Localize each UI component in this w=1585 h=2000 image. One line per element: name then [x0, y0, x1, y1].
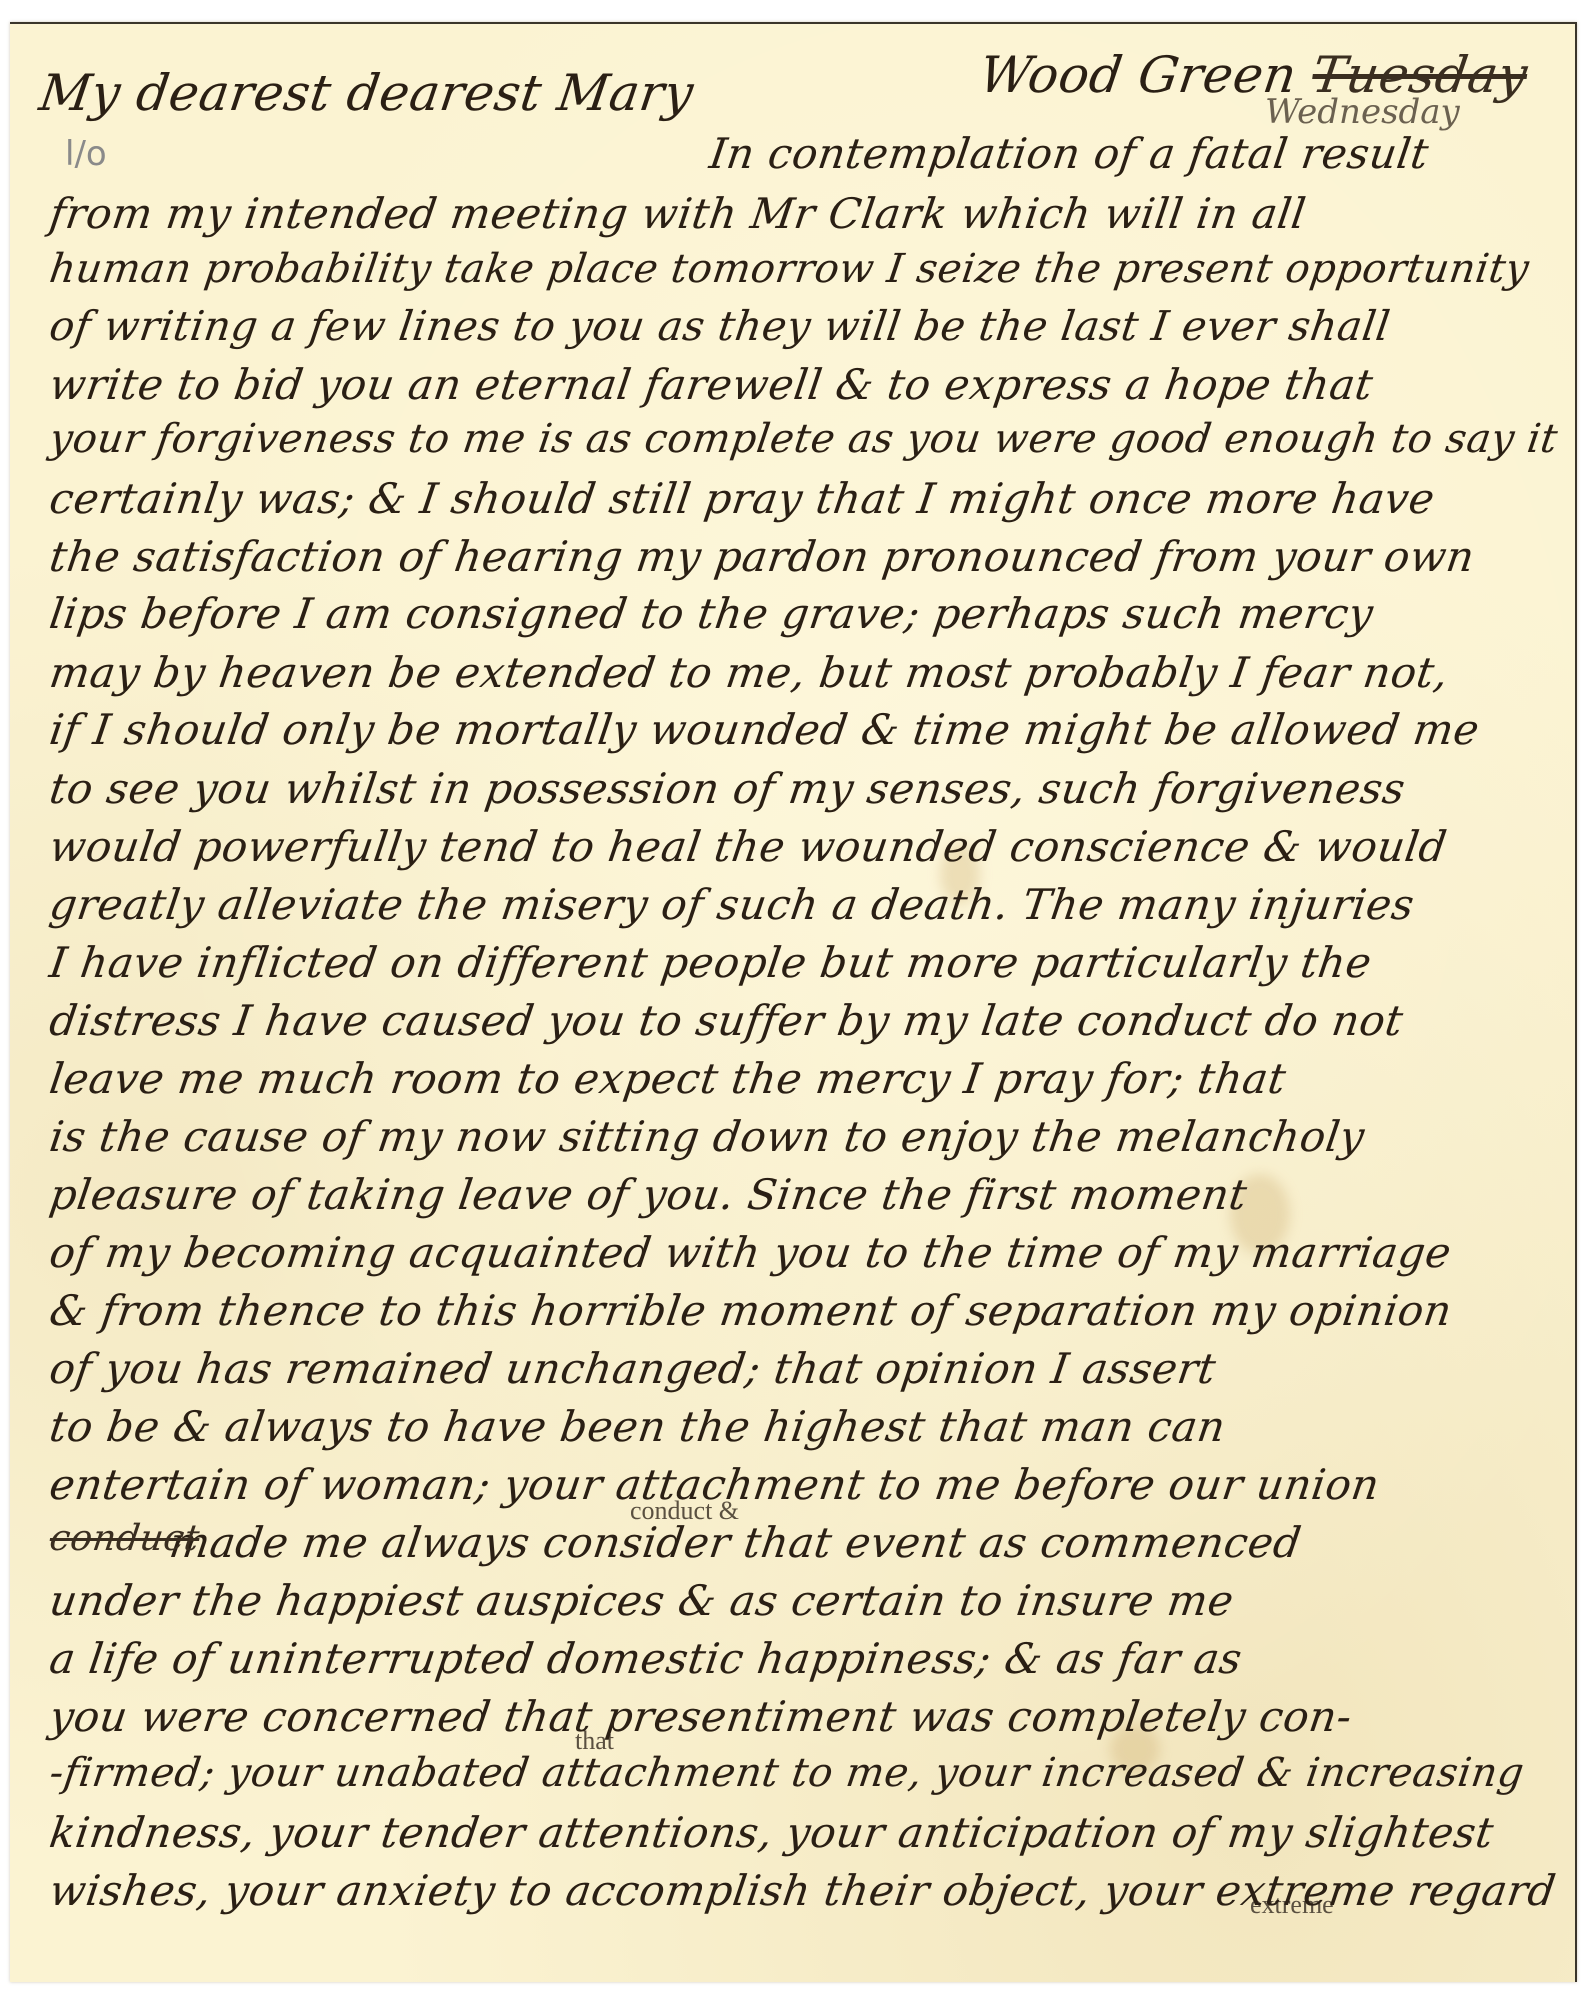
letter-line: the satisfaction of hearing my pardon pr…: [47, 532, 1478, 581]
letter-line: In contemplation of a fatal result: [707, 129, 1432, 178]
letter-line: write to bid you an eternal farewell & t…: [47, 360, 1377, 409]
letter-line: of writing a few lines to you as they wi…: [47, 302, 1394, 350]
letter-page: My dearest dearest Mary Wood Green Tuesd…: [10, 22, 1577, 1982]
letter-line: would powerfully tend to heal the wounde…: [47, 822, 1450, 871]
letter-line: you were concerned that presentiment was…: [47, 1692, 1356, 1741]
letter-line: of my becoming acquainted with you to th…: [47, 1228, 1455, 1277]
struck-word: conduct: [47, 1518, 202, 1559]
letter-line: a life of uninterrupted domestic happine…: [47, 1634, 1246, 1683]
letter-line: distress I have caused you to suffer by …: [47, 996, 1407, 1045]
pencil-annotation: l/o: [65, 134, 107, 174]
letter-line: under the happiest auspices & as certain…: [47, 1576, 1237, 1625]
letter-line: lips before I am consigned to the grave;…: [47, 589, 1377, 638]
letter-line: leave me much room to expect the mercy I…: [47, 1054, 1290, 1103]
letter-line: human probability take place tomorrow I …: [47, 246, 1532, 292]
letter-line: to be & always to have been the highest …: [47, 1402, 1229, 1451]
letter-line: is the cause of my now sitting down to e…: [47, 1112, 1368, 1161]
letter-line: greatly alleviate the misery of such a d…: [47, 880, 1418, 929]
letter-line: kindness, your tender attentions, your a…: [47, 1808, 1497, 1857]
salutation: My dearest dearest Mary: [36, 64, 697, 122]
letter-line: your forgiveness to me is as complete as…: [47, 416, 1561, 462]
letter-line: -firmed; your unabated attachment to me,…: [47, 1750, 1527, 1796]
letter-line: & from thence to this horrible moment of…: [47, 1286, 1456, 1335]
letter-line: I have inflicted on different people but…: [47, 938, 1375, 987]
letter-line: certainly was; & I should still pray tha…: [47, 474, 1438, 523]
place-name: Wood Green: [976, 46, 1300, 104]
corrected-day: Wednesday: [1265, 92, 1460, 132]
letter-line: made me always consider that event as co…: [167, 1518, 1305, 1567]
letter-line: pleasure of taking leave of you. Since t…: [47, 1170, 1251, 1219]
letter-line: of you has remained unchanged; that opin…: [47, 1344, 1220, 1393]
letter-line: if I should only be mortally wounded & t…: [47, 705, 1483, 754]
letter-line: entertain of woman; your attachment to m…: [47, 1460, 1383, 1509]
letter-line: from my intended meeting with Mr Clark w…: [47, 189, 1310, 238]
letter-line: to see you whilst in possession of my se…: [47, 764, 1409, 813]
letter-line: wishes, your anxiety to accomplish their…: [47, 1866, 1559, 1915]
letter-line: may by heaven be extended to me, but mos…: [47, 648, 1452, 697]
